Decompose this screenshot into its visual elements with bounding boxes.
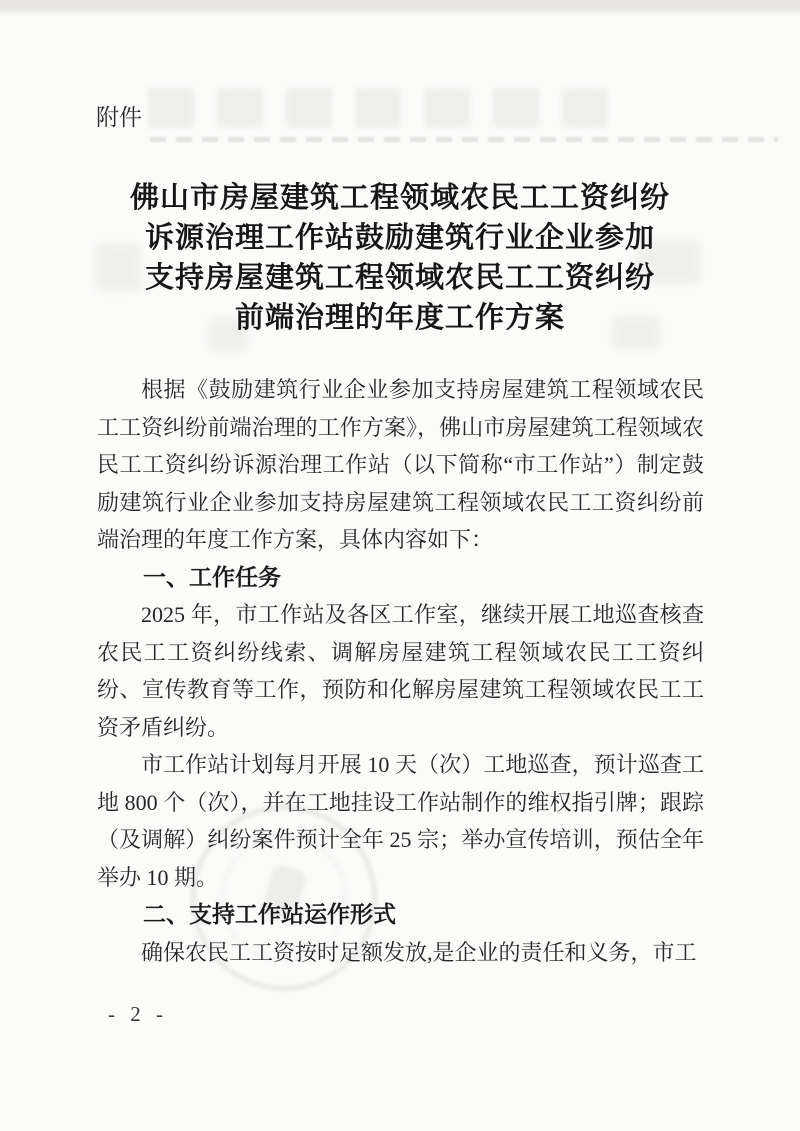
body-paragraph: 确保农民工工资按时足额发放,是企业的责任和义务，市工 — [97, 934, 704, 972]
title-line: 佛山市房屋建筑工程领域农民工工资纠纷 — [40, 178, 760, 218]
section-heading-1: 一、工作任务 — [97, 559, 704, 597]
bleedthrough-text-line — [150, 137, 778, 142]
body-paragraph: 市工作站计划每月开展 10 天（次）工地巡查，预计巡查工地 800 个（次），并… — [97, 746, 704, 896]
body-paragraph: 根据《鼓励建筑行业企业参加支持房屋建筑工程领域农民工工资纠纷前端治理的工作方案》… — [97, 371, 704, 559]
attachment-label: 附件 — [96, 101, 142, 133]
page-number: - 2 - — [108, 1002, 168, 1027]
section-heading-2: 二、支持工作站运作形式 — [97, 896, 704, 934]
title-line: 诉源治理工作站鼓励建筑行业企业参加 — [40, 218, 760, 258]
document-title: 佛山市房屋建筑工程领域农民工工资纠纷 诉源治理工作站鼓励建筑行业企业参加 支持房… — [40, 178, 760, 338]
title-line: 支持房屋建筑工程领域农民工工资纠纷 — [40, 258, 760, 298]
scanned-document-page: 附件 佛山市房屋建筑工程领域农民工工资纠纷 诉源治理工作站鼓励建筑行业企业参加 … — [0, 0, 800, 1131]
scanner-edge-shadow — [0, 0, 800, 16]
title-line: 前端治理的年度工作方案 — [40, 298, 760, 338]
body-paragraph: 2025 年，市工作站及各区工作室，继续开展工地巡查核查农民工工资纠纷线索、调解… — [97, 596, 704, 746]
document-body: 根据《鼓励建筑行业企业参加支持房屋建筑工程领域农民工工资纠纷前端治理的工作方案》… — [97, 371, 704, 971]
bleedthrough-title-ghost — [148, 88, 618, 130]
